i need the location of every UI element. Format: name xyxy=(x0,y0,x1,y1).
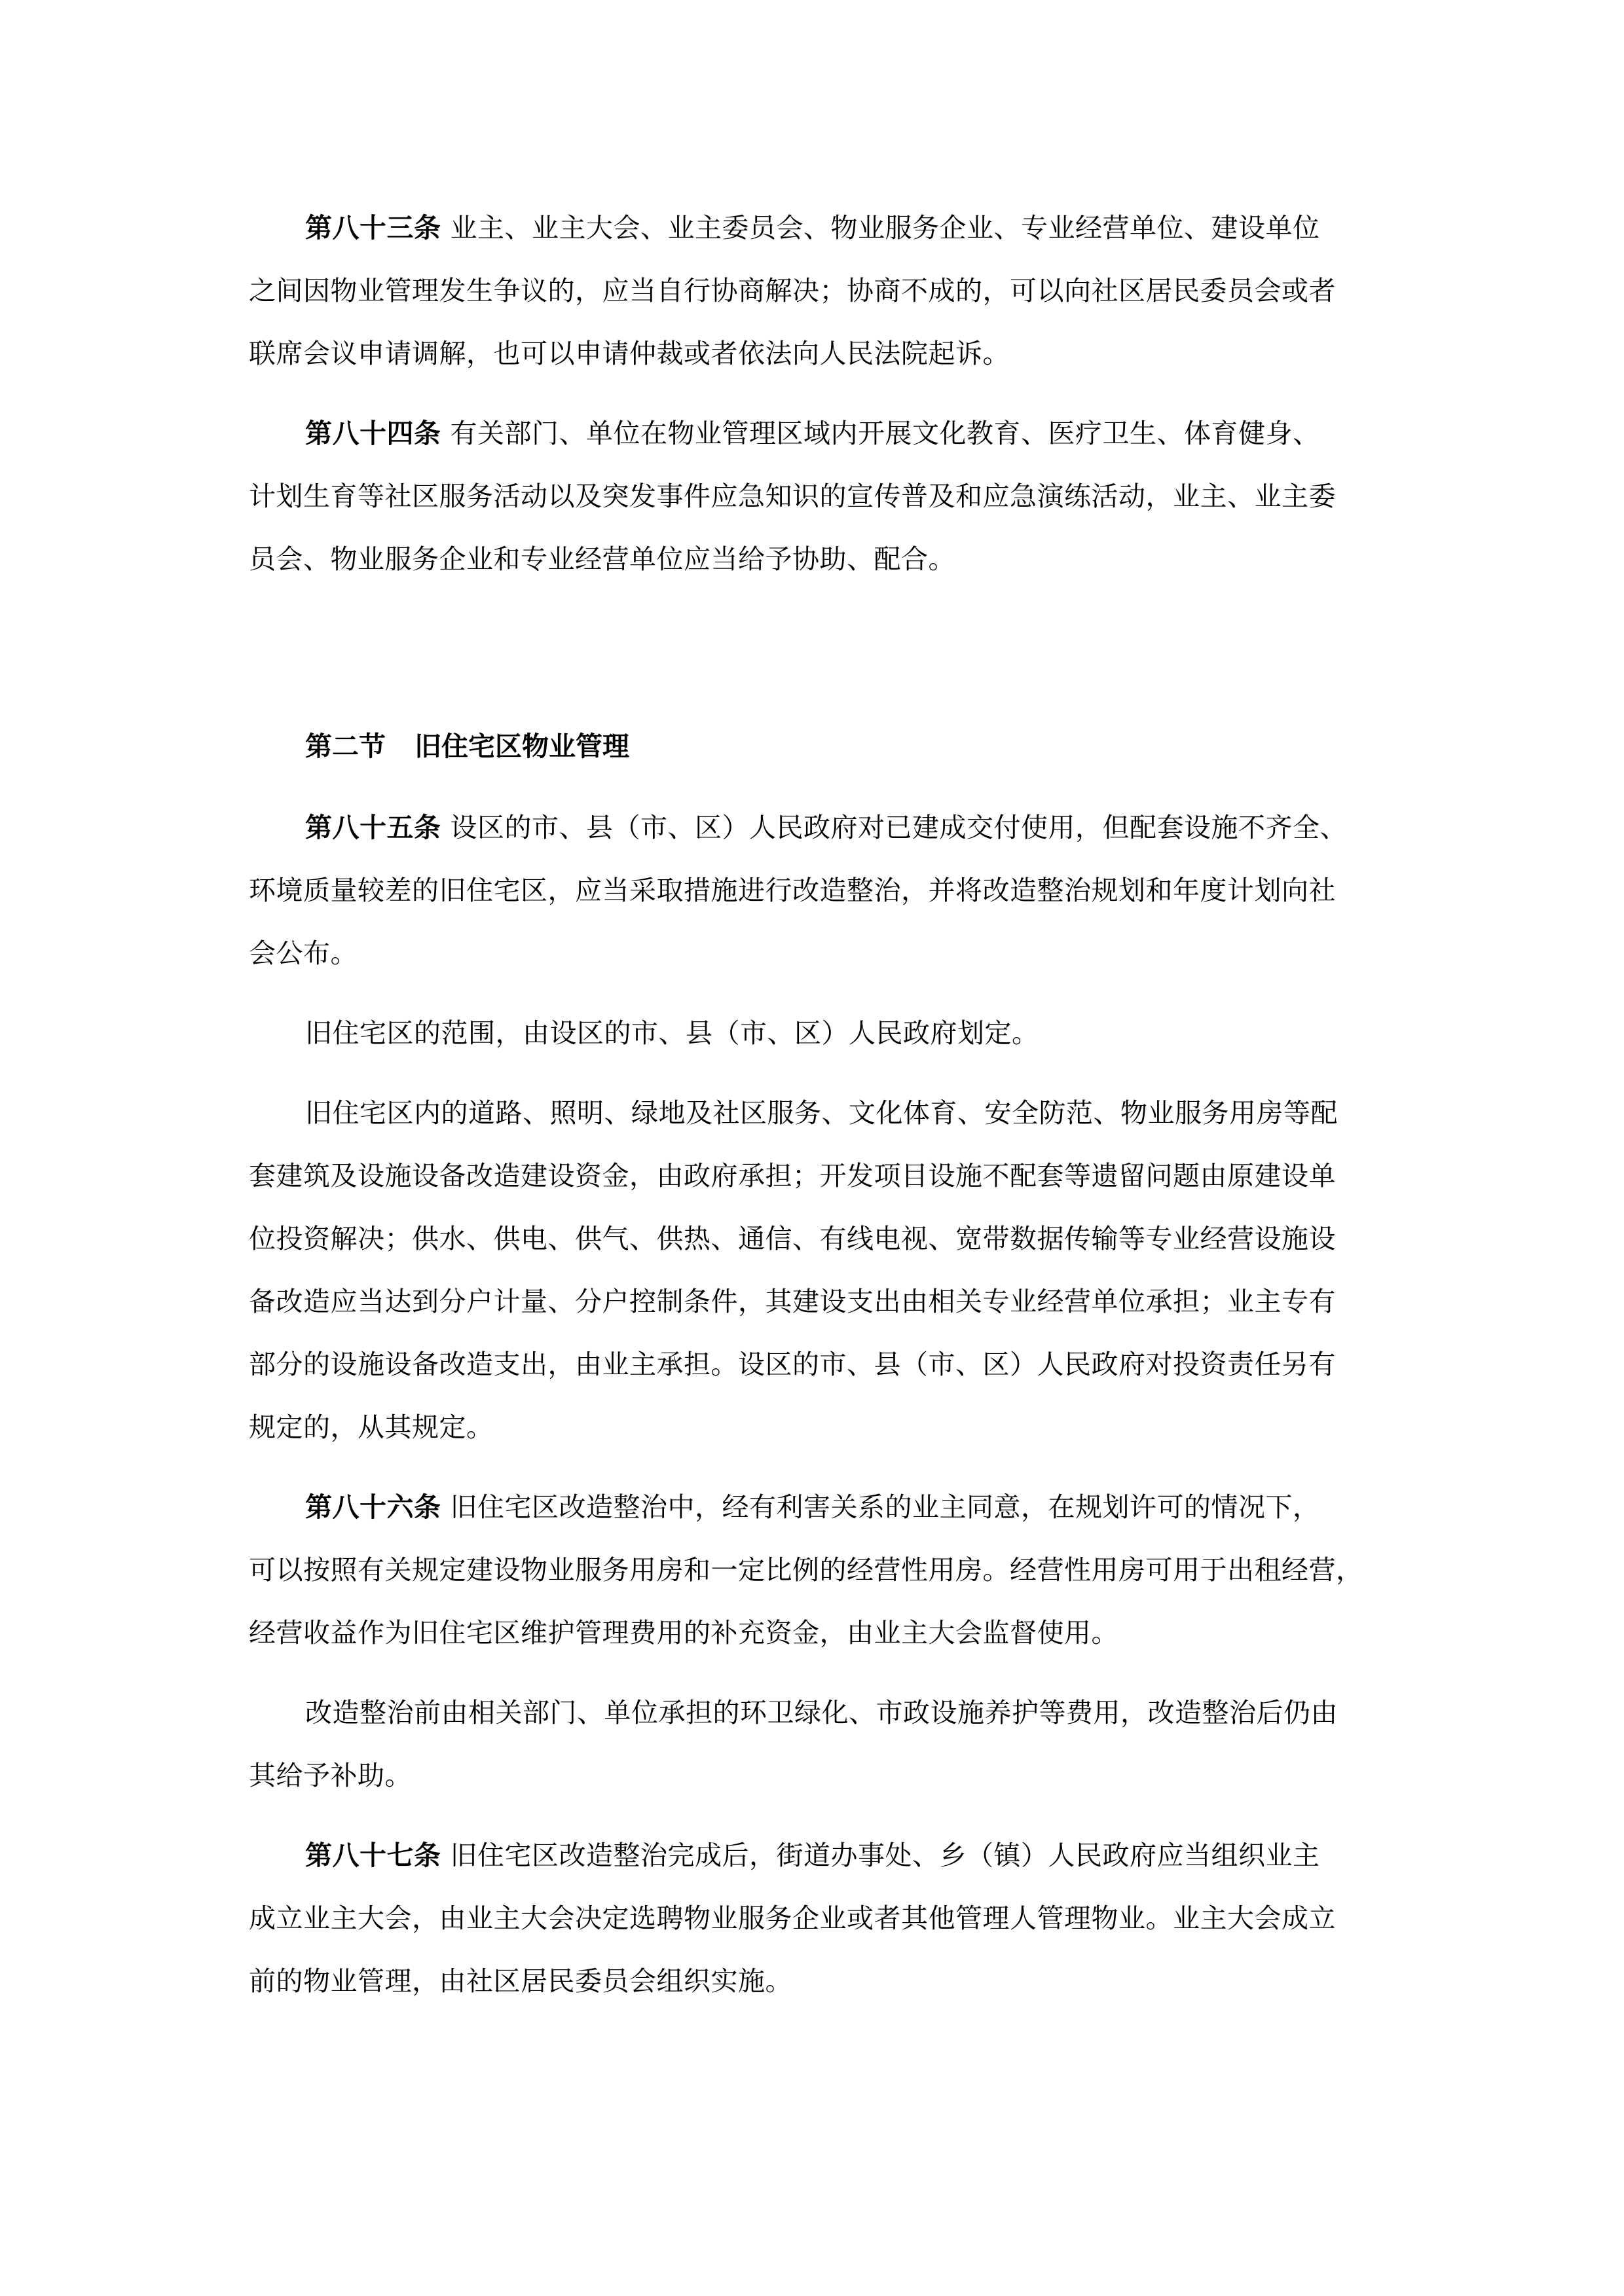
article-text: 环境质量较差的旧住宅区，应当采取措施进行改造整治，并将改造整治规划和年度计划向社 xyxy=(249,859,1382,922)
article-text: 业主、业主大会、业主委员会、物业服务企业、专业经营单位、建设单位 xyxy=(451,212,1320,244)
paragraph-subsidy: 改造整治前由相关部门、单位承担的环卫绿化、市政设施养护等费用，改造整治后仍由 其… xyxy=(249,1681,1382,1807)
paragraph-scope: 旧住宅区的范围，由设区的市、县（市、区）人民政府划定。 xyxy=(249,1002,1382,1065)
article-label: 第八十三条 xyxy=(305,212,441,244)
article-text: 联席会议申请调解，也可以申请仲裁或者依法向人民法院起诉。 xyxy=(249,322,1382,385)
article-label: 第八十六条 xyxy=(305,1491,441,1523)
article-text: 前的物业管理，由社区居民委员会组织实施。 xyxy=(249,1950,1382,2013)
article-text: 之间因物业管理发生争议的，应当自行协商解决；协商不成的，可以向社区居民委员会或者 xyxy=(249,259,1382,322)
article-86: 第八十六条旧住宅区改造整治中，经有利害关系的业主同意，在规划许可的情况下， 可以… xyxy=(249,1476,1382,1664)
article-text: 旧住宅区改造整治中，经有利害关系的业主同意，在规划许可的情况下， xyxy=(451,1491,1320,1523)
article-label: 第八十七条 xyxy=(305,1840,441,1871)
paragraph-text: 其给予补助。 xyxy=(249,1744,1382,1807)
paragraph-text: 规定的，从其规定。 xyxy=(249,1396,1382,1459)
article-85: 第八十五条设区的市、县（市、区）人民政府对已建成交付使用，但配套设施不齐全、 环… xyxy=(249,796,1382,985)
article-text: 旧住宅区改造整治完成后，街道办事处、乡（镇）人民政府应当组织业主 xyxy=(451,1840,1320,1871)
paragraph-text: 备改造应当达到分户计量、分户控制条件，其建设支出由相关专业经营单位承担；业主专有 xyxy=(249,1270,1382,1333)
paragraph-text: 套建筑及设施设备改造建设资金，由政府承担；开发项目设施不配套等遗留问题由原建设单 xyxy=(249,1144,1382,1207)
article-84: 第八十四条有关部门、单位在物业管理区域内开展文化教育、医疗卫生、体育健身、 计划… xyxy=(249,402,1382,591)
section-number: 第二节 xyxy=(305,731,386,762)
article-text: 计划生育等社区服务活动以及突发事件应急知识的宣传普及和应急演练活动，业主、业主委 xyxy=(249,465,1382,528)
paragraph-text: 旧住宅区内的道路、照明、绿地及社区服务、文化体育、安全防范、物业服务用房等配 xyxy=(249,1082,1382,1144)
section-heading: 第二节旧住宅区物业管理 xyxy=(249,715,1382,778)
article-label: 第八十四条 xyxy=(305,418,441,449)
paragraph-funding: 旧住宅区内的道路、照明、绿地及社区服务、文化体育、安全防范、物业服务用房等配 套… xyxy=(249,1082,1382,1459)
document-page: 第八十三条业主、业主大会、业主委员会、物业服务企业、专业经营单位、建设单位 之间… xyxy=(249,196,1382,2030)
paragraph-text: 旧住宅区的范围，由设区的市、县（市、区）人民政府划定。 xyxy=(249,1002,1382,1065)
section-title: 旧住宅区物业管理 xyxy=(415,731,629,762)
article-text: 会公布。 xyxy=(249,922,1382,985)
article-text: 经营收益作为旧住宅区维护管理费用的补充资金，由业主大会监督使用。 xyxy=(249,1601,1382,1664)
article-label: 第八十五条 xyxy=(305,812,441,843)
article-text: 成立业主大会，由业主大会决定选聘物业服务企业或者其他管理人管理物业。业主大会成立 xyxy=(249,1887,1382,1950)
paragraph-text: 位投资解决；供水、供电、供气、供热、通信、有线电视、宽带数据传输等专业经营设施设 xyxy=(249,1207,1382,1270)
paragraph-text: 部分的设施设备改造支出，由业主承担。设区的市、县（市、区）人民政府对投资责任另有 xyxy=(249,1333,1382,1396)
article-text: 可以按照有关规定建设物业服务用房和一定比例的经营性用房。经营性用房可用于出租经营… xyxy=(249,1539,1382,1601)
paragraph-text: 改造整治前由相关部门、单位承担的环卫绿化、市政设施养护等费用，改造整治后仍由 xyxy=(249,1681,1382,1744)
article-text: 有关部门、单位在物业管理区域内开展文化教育、医疗卫生、体育健身、 xyxy=(451,418,1320,449)
article-83: 第八十三条业主、业主大会、业主委员会、物业服务企业、专业经营单位、建设单位 之间… xyxy=(249,196,1382,385)
article-text: 设区的市、县（市、区）人民政府对已建成交付使用，但配套设施不齐全、 xyxy=(451,812,1348,843)
article-87: 第八十七条旧住宅区改造整治完成后，街道办事处、乡（镇）人民政府应当组织业主 成立… xyxy=(249,1824,1382,2013)
article-text: 员会、物业服务企业和专业经营单位应当给予协助、配合。 xyxy=(249,528,1382,591)
